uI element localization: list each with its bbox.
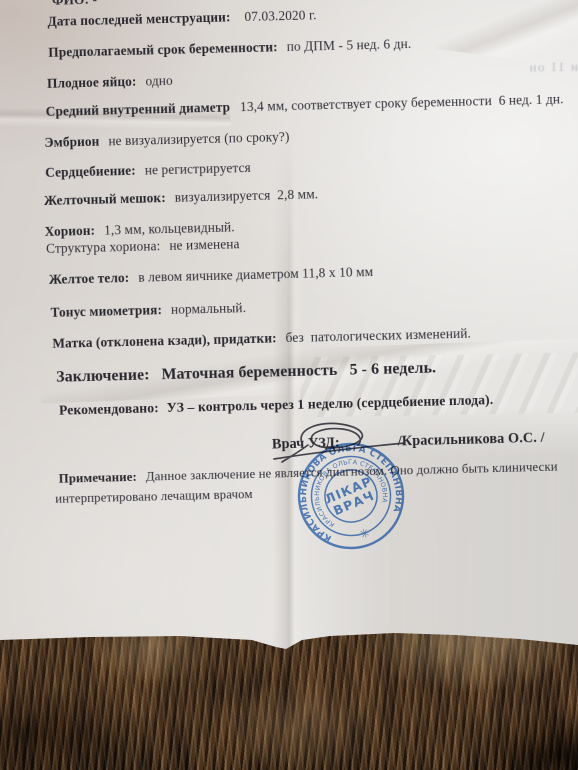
field-value: без патологических изменений. <box>285 326 471 346</box>
field-value: в левом яичнике диаметром 11,8 x 10 мм <box>138 264 373 285</box>
field-value: по ДПМ - 5 нед. 6 дн. <box>287 36 412 54</box>
fio-line: ФИО: - <box>52 0 97 9</box>
note-label: Примечание: <box>59 470 137 486</box>
field-value: не изменена <box>169 236 240 253</box>
field-label: Структура хориона: <box>46 238 161 256</box>
field-myometrium-tone: Тонус миометрия:нормальный. <box>50 300 246 321</box>
note-text: интерпретировано лечащим врачом <box>55 487 253 506</box>
report-paper: и 11 он ФИО: - Дата последней менструаци… <box>0 0 578 654</box>
conclusion-label: Заключение: <box>56 366 150 385</box>
field-label: Эмбрион <box>44 134 99 150</box>
recommendation-value: УЗ – контроль через 1 неделю (сердцебиен… <box>167 392 494 415</box>
field-value: одно <box>145 73 173 89</box>
report-text: ФИО: - Дата последней менструации:07.03.… <box>0 0 578 654</box>
field-value: 13,4 мм, соответствует сроку беременност… <box>240 91 564 114</box>
field-gestational-age: Предполагаемый срок беременности:по ДПМ … <box>48 36 411 61</box>
stamp-asterisk-icon: ✳ <box>358 525 372 542</box>
conclusion-line: Заключение:Маточная беременность 5 - 6 н… <box>56 359 436 386</box>
field-uterus-adnexa: Матка (отклонена кзади), придатки:без па… <box>52 326 471 352</box>
field-label: Хорион: <box>44 223 95 239</box>
field-last-menstruation: Дата последней менструации:07.03.2020 г. <box>47 7 316 30</box>
field-label: Тонус миометрия: <box>50 302 162 320</box>
field-label: Желточный мешок: <box>44 190 166 208</box>
field-yolk-sac: Желточный мешок:визуализируется 2,8 мм. <box>44 186 319 209</box>
field-label: Сердцебиение: <box>45 163 136 180</box>
field-value: 1,3 мм, кольцевидный. <box>104 219 235 237</box>
doctor-name: /Красильникова О.С. / <box>398 430 545 450</box>
field-corpus-luteum: Желтое тело:в левом яичнике диаметром 11… <box>49 264 374 288</box>
recommendation-label: Рекомендовано: <box>59 400 159 417</box>
field-embryo: Эмбрионне визуализируется (по сроку?) <box>44 129 289 151</box>
field-value: не визуализируется (по сроку?) <box>108 129 289 148</box>
field-value: 07.03.2020 г. <box>244 7 316 24</box>
field-label: Предполагаемый срок беременности: <box>48 39 278 60</box>
field-mean-diameter: Средний внутренний диаметр13,4 мм, соотв… <box>46 91 564 120</box>
conclusion-value: Маточная беременность 5 - 6 недель. <box>161 359 436 383</box>
field-value: нормальный. <box>171 300 246 317</box>
field-value: визуализируется 2,8 мм. <box>175 186 319 205</box>
field-gestational-sac: Плодное яйцо:одно <box>47 73 173 92</box>
field-label: Матка (отклонена кзади), придатки: <box>52 330 277 350</box>
ultrasound-report-photo: и 11 он ФИО: - Дата последней менструаци… <box>0 0 578 770</box>
field-label: Желтое тело: <box>49 270 130 287</box>
note-line-2: интерпретировано лечащим врачом <box>55 487 253 507</box>
field-chorion-structure: Структура хориона:не изменена <box>46 236 240 257</box>
recommendation-line: Рекомендовано:УЗ – контроль через 1 неде… <box>59 392 494 419</box>
field-heartbeat: Сердцебиение:не регистрируется <box>45 160 251 181</box>
field-label: Плодное яйцо: <box>47 74 137 91</box>
field-label: Дата последней менструации: <box>47 9 230 28</box>
field-value: не регистрируется <box>145 160 251 178</box>
field-label: Средний внутренний диаметр <box>46 99 231 119</box>
